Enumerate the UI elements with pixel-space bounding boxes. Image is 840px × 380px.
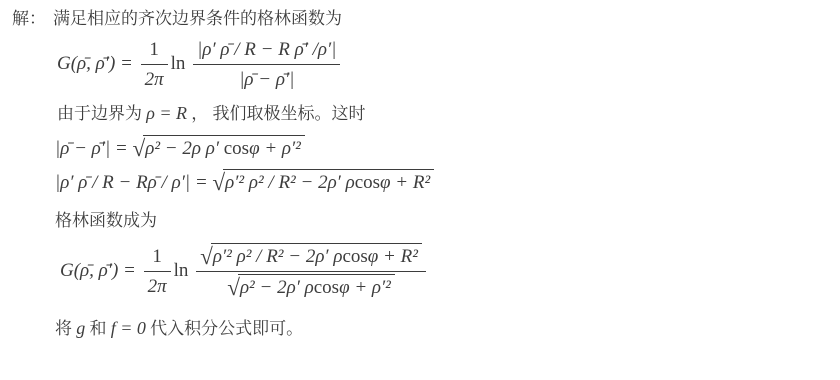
math-segment: ρ² − 2ρ′ ρ (240, 277, 314, 298)
fraction-numerator: √ρ′² ρ² / R² − 2ρ′ ρcosφ + R² (196, 243, 426, 271)
text-segment: ， 我们取极坐标。这时 (187, 104, 366, 123)
fraction-denominator: |ρ̄ − ρ̄′| (235, 65, 298, 93)
fraction-numerator: 1 (148, 244, 166, 271)
text-segment: 由于边界为 (57, 104, 146, 123)
cos-operator: cos (224, 138, 249, 159)
formula-distance-modulus: |ρ̄ − ρ̄′| = √ρ² − 2ρ ρ′ cosφ + ρ′² (55, 135, 840, 162)
main-fraction: √ρ′² ρ² / R² − 2ρ′ ρcosφ + R²√ρ² − 2ρ′ ρ… (196, 243, 426, 300)
cos-operator: cos (314, 277, 339, 298)
fraction-numerator: |ρ′ ρ̄ / R − R ρ̄′ /ρ′| (193, 37, 340, 64)
square-root: √ρ′² ρ² / R² − 2ρ′ ρcosφ + R² (200, 243, 422, 270)
radicand: ρ² − 2ρ′ ρcosφ + ρ′² (238, 274, 395, 300)
formula-lhs: G(ρ̄, ρ̄′) = (57, 53, 133, 74)
text-segment: 代入积分公式即可。 (146, 319, 303, 338)
math-segment: φ + R² (368, 246, 418, 267)
math-segment: ρ = R (146, 103, 187, 123)
math-segment: φ + ρ′² (249, 138, 301, 159)
document-page: 解：满足相应的齐次边界条件的格林函数为 G(ρ̄, ρ̄′) = 12πln |… (0, 0, 840, 380)
square-root: √ρ′² ρ² / R² − 2ρ′ ρcosφ + R² (212, 169, 434, 196)
math-segment: ρ² − 2ρ ρ′ (145, 138, 224, 159)
formula-green-function-polar: G(ρ̄, ρ̄′) = 12πln √ρ′² ρ² / R² − 2ρ′ ρc… (60, 243, 840, 300)
fraction-denominator: 2π (141, 65, 168, 93)
cos-operator: cos (355, 172, 380, 193)
math-segment: ρ′² ρ² / R² − 2ρ′ ρ (225, 172, 355, 193)
main-fraction: |ρ′ ρ̄ / R − R ρ̄′ /ρ′||ρ̄ − ρ̄′| (193, 37, 340, 92)
formula-lhs: G(ρ̄, ρ̄′) = (60, 260, 136, 281)
formula-image-distance-modulus: |ρ′ ρ̄ / R − Rρ̄ / ρ′| = √ρ′² ρ² / R² − … (55, 169, 840, 196)
radicand: ρ′² ρ² / R² − 2ρ′ ρcosφ + R² (223, 169, 434, 195)
fraction-denominator: √ρ² − 2ρ′ ρcosφ + ρ′² (223, 272, 399, 301)
coefficient-fraction: 12π (144, 244, 171, 299)
formula-lhs: |ρ′ ρ̄ / R − Rρ̄ / ρ′| = (55, 172, 212, 193)
math-segment: ρ′² ρ² / R² − 2ρ′ ρ (213, 246, 343, 267)
cos-operator: cos (342, 246, 367, 267)
coefficient-fraction: 12π (141, 37, 168, 92)
solution-label: 解： (12, 9, 46, 28)
radicand: ρ² − 2ρ ρ′ cosφ + ρ′² (143, 135, 305, 161)
ln-operator: ln (171, 53, 186, 74)
formula-green-function: G(ρ̄, ρ̄′) = 12πln |ρ′ ρ̄ / R − R ρ̄′ /ρ… (57, 37, 840, 92)
square-root: √ρ² − 2ρ′ ρcosφ + ρ′² (227, 274, 395, 301)
green-function-becomes-line: 格林函数成为 (55, 210, 840, 233)
conclusion-line: 将 g 和 f = 0 代入积分公式即可。 (55, 316, 840, 341)
formula-lhs: |ρ̄ − ρ̄′| = (55, 138, 132, 159)
intro-line: 解：满足相应的齐次边界条件的格林函数为 (12, 8, 840, 31)
square-root: √ρ² − 2ρ ρ′ cosφ + ρ′² (132, 135, 304, 162)
radicand: ρ′² ρ² / R² − 2ρ′ ρcosφ + R² (211, 243, 422, 269)
intro-text: 满足相应的齐次边界条件的格林函数为 (53, 9, 342, 28)
ln-operator: ln (174, 260, 189, 281)
math-segment: g (76, 318, 85, 338)
math-segment: φ + ρ′² (339, 277, 391, 298)
fraction-denominator: 2π (144, 272, 171, 300)
text-segment: 将 (55, 319, 76, 338)
fraction-numerator: 1 (145, 37, 163, 64)
math-segment: φ + R² (380, 172, 430, 193)
math-segment: f = 0 (111, 318, 146, 338)
boundary-condition-line: 由于边界为 ρ = R ， 我们取极坐标。这时 (57, 101, 840, 126)
text-segment: 和 (85, 319, 111, 338)
